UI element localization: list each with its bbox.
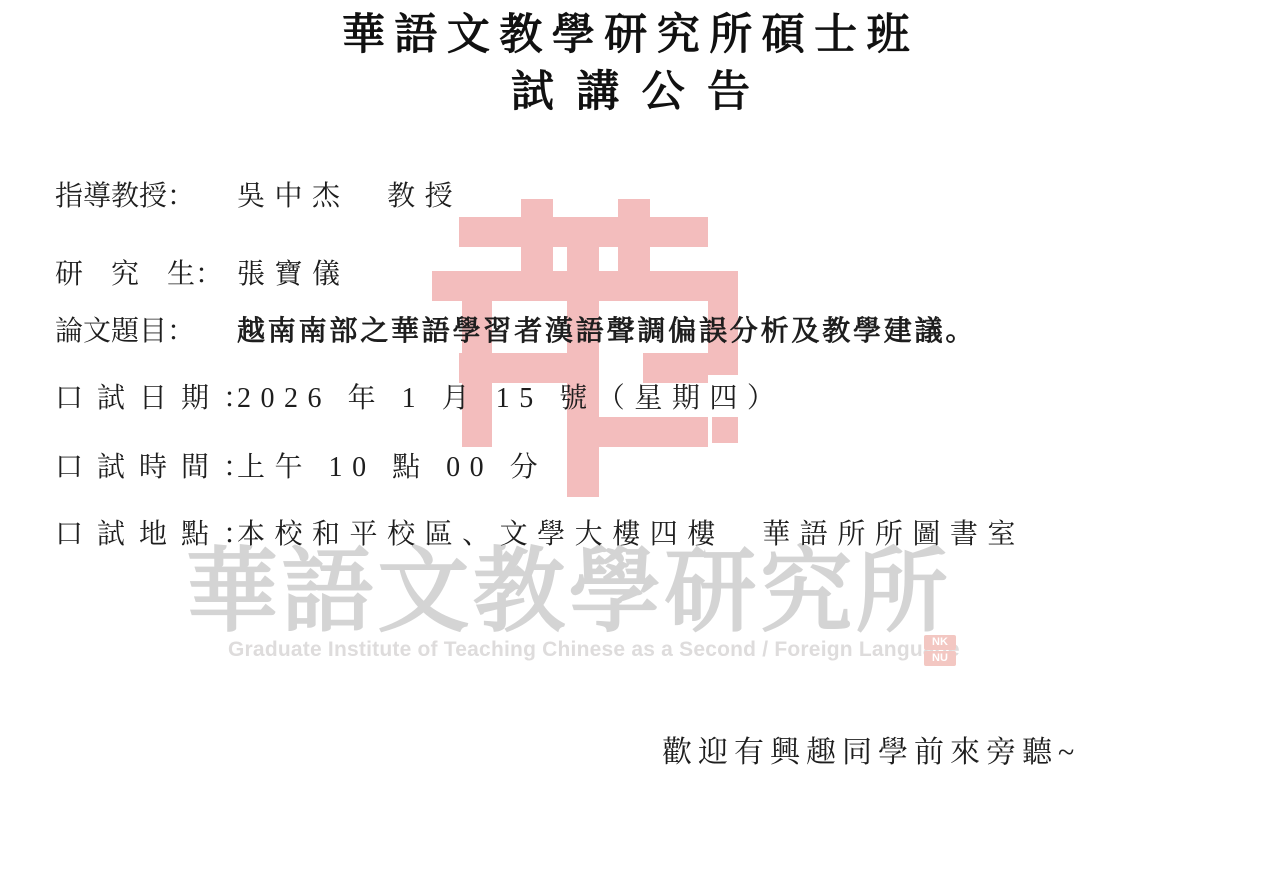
field-exam-time-label: 口試時間： [55, 451, 237, 485]
nknu-logo-bottom: NU [924, 651, 956, 666]
nknu-logo: NK NU [924, 635, 956, 666]
title-line2: 試講公告 [0, 62, 1261, 124]
institute-name-watermark: 華語文教學研究所 [186, 544, 951, 641]
field-exam-location-value: 本校和平校區、文學大樓四樓 華語所所圖書室 [237, 518, 1025, 552]
field-thesis-title-value: 越南南部之華語學習者漢語聲調偏誤分析及教學建議。 [237, 315, 976, 349]
closing-welcome-line: 歡迎有興趣同學前來旁聽~ [662, 727, 1080, 771]
field-exam-date-label: 口試日期： [55, 382, 237, 416]
field-thesis-title-label: 論文題目： [55, 315, 237, 349]
title-line1: 華語文教學研究所碩士班 [0, 10, 1261, 62]
field-exam-time: 口試時間： 上午 10 點 00 分 [55, 451, 547, 485]
field-exam-location-label: 口試地點： [55, 518, 237, 552]
field-advisor: 指導教授： 吳中杰 教授 [55, 180, 462, 214]
field-exam-time-value: 上午 10 點 00 分 [237, 451, 547, 485]
field-student-label: 研 究 生： [55, 258, 237, 292]
field-exam-location: 口試地點： 本校和平校區、文學大樓四樓 華語所所圖書室 [55, 518, 1025, 552]
field-advisor-label: 指導教授： [55, 180, 237, 214]
field-student: 研 究 生： 張寶儀 [55, 258, 350, 292]
field-exam-date: 口試日期： 2026 年 1 月 15 號（星期四） [55, 382, 784, 416]
field-advisor-value: 吳中杰 教授 [237, 180, 462, 214]
field-thesis-title: 論文題目： 越南南部之華語學習者漢語聲調偏誤分析及教學建議。 [55, 315, 976, 349]
document-title: 華語文教學研究所碩士班 試講公告 [0, 10, 1261, 124]
announcement-page: 華語文教學研究所 Graduate Institute of Teaching … [0, 0, 1261, 871]
institute-english-watermark: Graduate Institute of Teaching Chinese a… [228, 638, 960, 662]
field-exam-date-value: 2026 年 1 月 15 號（星期四） [237, 382, 784, 416]
nknu-logo-top: NK [924, 635, 956, 650]
field-student-value: 張寶儀 [237, 258, 350, 292]
